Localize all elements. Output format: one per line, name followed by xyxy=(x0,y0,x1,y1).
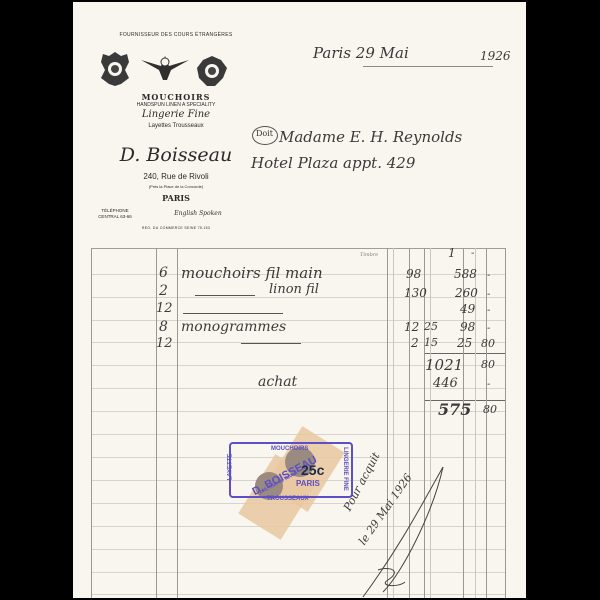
english-spoken: English Spoken xyxy=(163,210,233,217)
row1-qty: 6 xyxy=(159,265,168,281)
row2-unit-price: 130 xyxy=(404,286,427,300)
timbre-value: 1 xyxy=(448,246,456,260)
row2-ditto-line xyxy=(195,295,255,296)
row5-unit-price: 2 xyxy=(411,336,419,350)
merchant-name: D. Boisseau xyxy=(91,144,261,166)
row3-qty: 12 xyxy=(156,301,173,316)
row1-description: mouchoirs fil main xyxy=(181,264,323,282)
subtotal-francs: 1021 xyxy=(425,356,463,374)
merchant-city: PARIS xyxy=(101,193,251,203)
eagle-emblem-icon xyxy=(139,52,191,82)
address-note: (Près la Place de la Concorde) xyxy=(101,184,251,189)
deduction-francs: 446 xyxy=(433,376,458,391)
date-underline xyxy=(363,66,493,67)
revenue-value: 25c xyxy=(301,462,324,478)
stamp-city: PARIS xyxy=(296,479,320,488)
deduction-cents: - xyxy=(487,379,490,390)
year: 1926 xyxy=(480,49,511,63)
row2-qty: 2 xyxy=(159,283,168,299)
row4-description: monogrammes xyxy=(181,319,286,335)
row4-qty: 8 xyxy=(159,319,168,335)
row2-description: linon fil xyxy=(269,282,319,297)
row5-unit-cents: 15 xyxy=(424,336,438,349)
row4-total: 98 xyxy=(460,320,475,334)
merchant-address: 240, Rue de Rivoli xyxy=(101,172,251,181)
telephone-number: CENTRAL 63-66 xyxy=(85,214,145,219)
customer-address: Hotel Plaza appt. 429 xyxy=(251,154,415,172)
row4-total-cents: - xyxy=(487,323,490,334)
row4-unit-cents: 25 xyxy=(424,320,438,333)
row1-total-cents: - xyxy=(487,270,490,281)
timbre-cents: - xyxy=(471,248,474,259)
stamp-bottom-text: TROUSSEAUX xyxy=(267,496,309,502)
signature-flourish xyxy=(343,462,463,598)
place-date: Paris 29 Mai xyxy=(313,44,409,62)
product-title: MOUCHOIRS xyxy=(101,92,251,102)
total-francs: 575 xyxy=(438,400,471,419)
supplier-line: FOURNISSEUR DES COURS ÉTRANGÈRES xyxy=(101,32,251,38)
row3-total-cents: - xyxy=(487,305,490,316)
specialty-line: HANDSPUN LINEN A SPECIALITY xyxy=(101,102,251,108)
row3-ditto-line xyxy=(183,313,283,314)
telephone-label: TÉLÉPHONE xyxy=(85,208,145,213)
invoice-paper: FOURNISSEUR DES COURS ÉTRANGÈRES MOUCHOI… xyxy=(73,2,526,598)
coat-of-arms-left-icon xyxy=(97,50,133,88)
customer-name: Madame E. H. Reynolds xyxy=(279,128,462,146)
stamp-left-text: LAYETTE xyxy=(227,454,233,481)
row2-total: 260 xyxy=(455,286,478,300)
row4-unit-price: 12 xyxy=(404,320,419,334)
row1-unit-price: 98 xyxy=(406,267,421,281)
layettes-line: Layettes Trousseaux xyxy=(101,123,251,129)
total-cents: 80 xyxy=(483,403,497,416)
registry-line: REG. DU COMMERCE SEINE 75.153 xyxy=(101,226,251,230)
subtotal-cents: 80 xyxy=(481,358,495,371)
timbre-label: Timbre xyxy=(360,252,378,258)
row5-total: 25 xyxy=(457,336,472,350)
lingerie-line: Lingerie Fine xyxy=(101,109,251,120)
deduction-label: achat xyxy=(258,374,297,390)
row5-ditto-line xyxy=(241,343,301,344)
doit-badge: Doit xyxy=(252,126,278,145)
row1-total: 588 xyxy=(454,267,477,281)
stamp-top-text: MOUCHOIRS xyxy=(271,446,308,452)
row2-total-cents: - xyxy=(487,289,490,300)
row5-qty: 12 xyxy=(156,336,173,351)
row3-total: 49 xyxy=(460,302,475,316)
coat-of-arms-right-icon xyxy=(195,54,229,88)
doit-label: Doit xyxy=(256,129,273,138)
row5-total-cents: 80 xyxy=(481,337,495,350)
